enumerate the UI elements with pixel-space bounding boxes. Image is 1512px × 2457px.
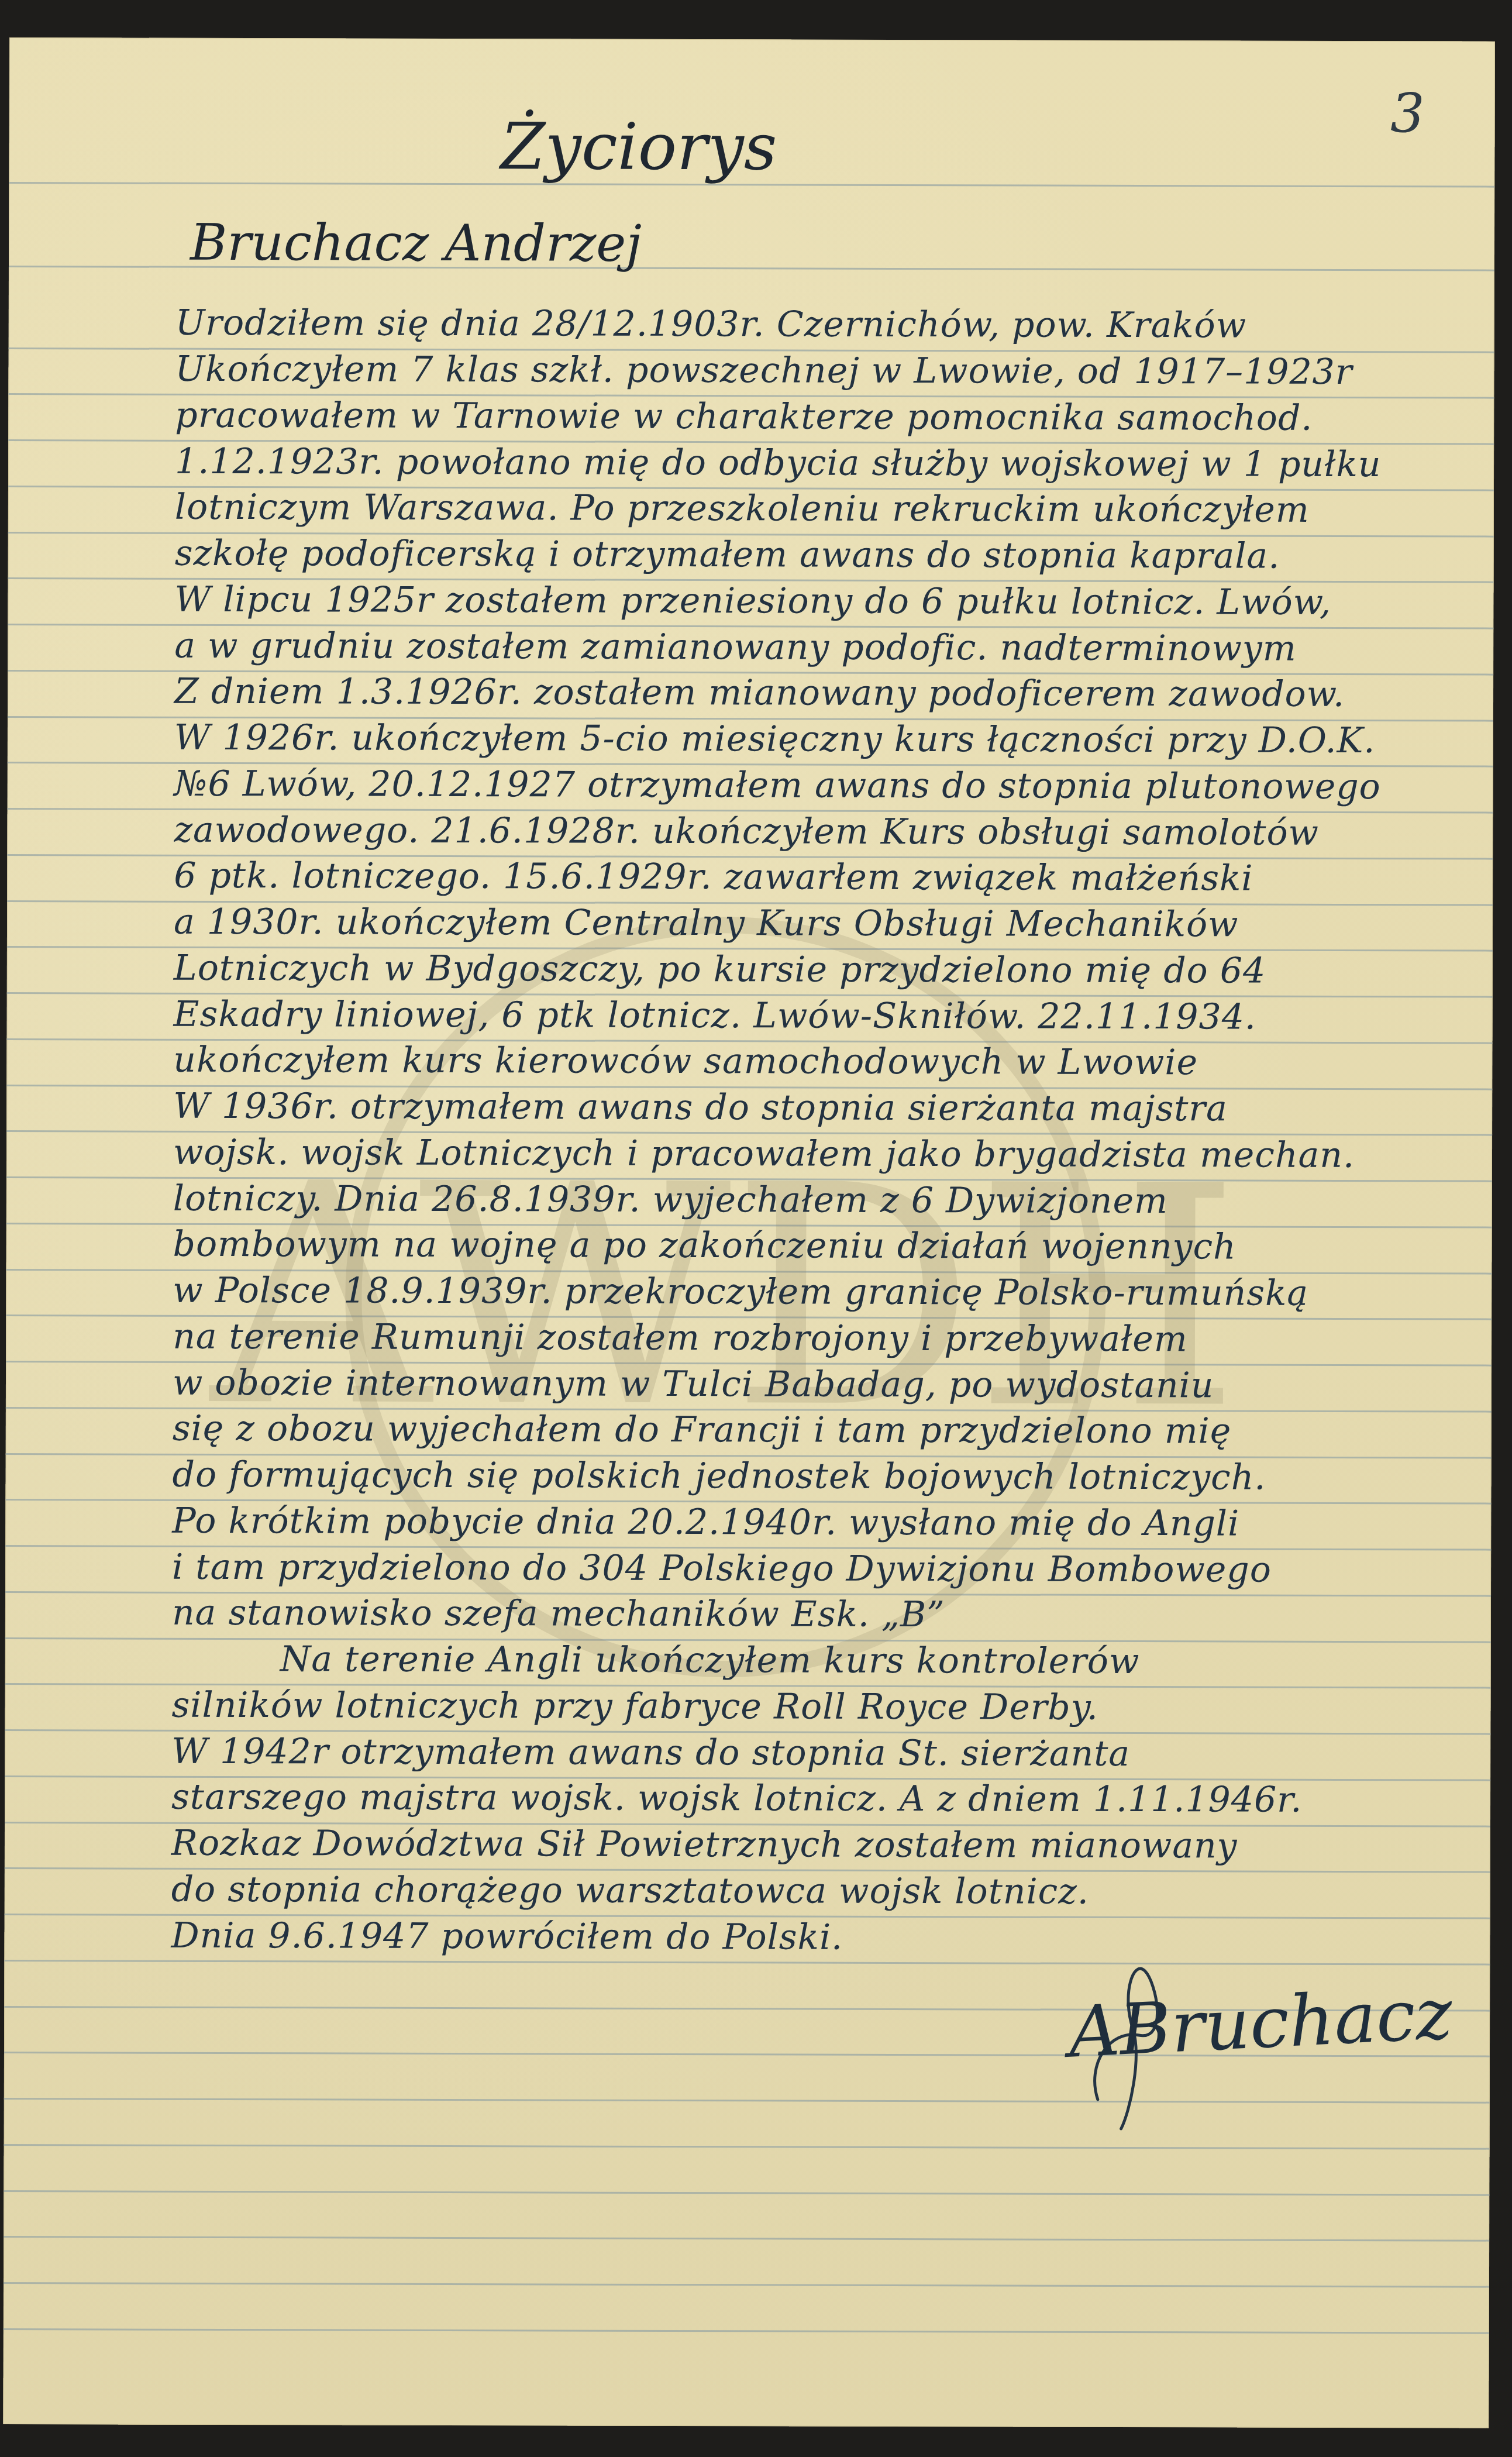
text-line: Lotniczych w Bydgoszczy, po kursie przyd… — [174, 948, 1490, 992]
text-line: W 1926r. ukończyłem 5-cio miesięczny kur… — [174, 717, 1490, 762]
text-line: w Polsce 18.9.1939r. przekroczyłem grani… — [173, 1270, 1489, 1314]
text-line: lotniczym Warszawa. Po przeszkoleniu rek… — [175, 487, 1491, 531]
ruled-line — [4, 2236, 1489, 2242]
text-line: wojsk. wojsk Lotniczych i pracowałem jak… — [173, 1132, 1489, 1176]
text-line: szkołę podoficerską i otrzymałem awans d… — [175, 533, 1491, 577]
text-line: №6 Lwów, 20.12.1927 otrzymałem awans do … — [174, 763, 1490, 808]
text-line: Z dniem 1.3.1926r. zostałem mianowany po… — [174, 671, 1490, 715]
text-line: lotniczy. Dnia 26.8.1939r. wyjechałem z … — [173, 1178, 1489, 1223]
text-line: na terenie Rumunji zostałem rozbrojony i… — [173, 1316, 1489, 1361]
text-line: a w grudniu zostałem zamianowany podofic… — [174, 625, 1490, 670]
text-line: do formujących się polskich jednostek bo… — [172, 1454, 1488, 1499]
text-line: a 1930r. ukończyłem Centralny Kurs Obsłu… — [174, 901, 1490, 946]
text-line: do stopnia chorążego warsztatowca wojsk … — [171, 1869, 1487, 1914]
document-page: AWDH 3 Życiorys Bruchacz Andrzej Urodził… — [3, 37, 1495, 2428]
ruled-line — [4, 1960, 1490, 1966]
text-line: się z obozu wyjechałem do Francji i tam … — [173, 1408, 1489, 1453]
text-line: 1.12.1923r. powołano mię do odbycia służ… — [175, 441, 1491, 486]
text-line: ukończyłem kurs kierowców samochodowych … — [173, 1040, 1489, 1084]
text-line: Rozkaz Dowództwa Sił Powietrznych został… — [171, 1823, 1487, 1867]
text-line: w obozie internowanym w Tulci Babadag, p… — [173, 1362, 1489, 1407]
text-line: Urodziłem się dnia 28/12.1903r. Czernich… — [175, 302, 1492, 347]
ruled-line — [4, 2098, 1490, 2104]
text-line: Po krótkim pobycie dnia 20.2.1940r. wysł… — [172, 1501, 1488, 1545]
ruled-line — [4, 2190, 1489, 2196]
text-line: Ukończyłem 7 klas szkł. powszechnej w Lw… — [175, 349, 1491, 393]
text-line: starszego majstra wojsk. wojsk lotnicz. … — [171, 1777, 1487, 1821]
text-line: Dnia 9.6.1947 powróciłem do Polski. — [171, 1915, 1487, 1960]
text-line: bombowym na wojnę a po zakończeniu dział… — [173, 1224, 1489, 1268]
text-line: silników lotniczych przy fabryce Roll Ro… — [171, 1685, 1487, 1729]
ruled-line — [4, 2144, 1490, 2150]
text-line: Eskadry liniowej, 6 ptk lotnicz. Lwów-Sk… — [174, 994, 1490, 1038]
text-line: W 1942r otrzymałem awans do stopnia St. … — [171, 1731, 1487, 1775]
text-line: na stanowisko szefa mechaników Esk. „B” — [172, 1592, 1488, 1637]
author-name: Bruchacz Andrzej — [190, 214, 642, 273]
text-line: i tam przydzielono do 304 Polskiego Dywi… — [172, 1547, 1488, 1591]
ruled-line — [4, 2328, 1489, 2334]
document-title: Życiorys — [500, 109, 777, 184]
text-line: pracowałem w Tarnowie w charakterze pomo… — [175, 395, 1491, 439]
ruled-line — [4, 2282, 1489, 2288]
text-line: 6 ptk. lotniczego. 15.6.1929r. zawarłem … — [174, 855, 1490, 900]
text-line: zawodowego. 21.6.1928r. ukończyłem Kurs … — [174, 810, 1490, 854]
text-line: W lipcu 1925r zostałem przeniesiony do 6… — [174, 579, 1490, 624]
page-number: 3 — [1390, 82, 1425, 144]
text-line: Na terenie Angli ukończyłem kurs kontrol… — [280, 1639, 1512, 1683]
text-line: W 1936r. otrzymałem awans do stopnia sie… — [173, 1086, 1489, 1130]
